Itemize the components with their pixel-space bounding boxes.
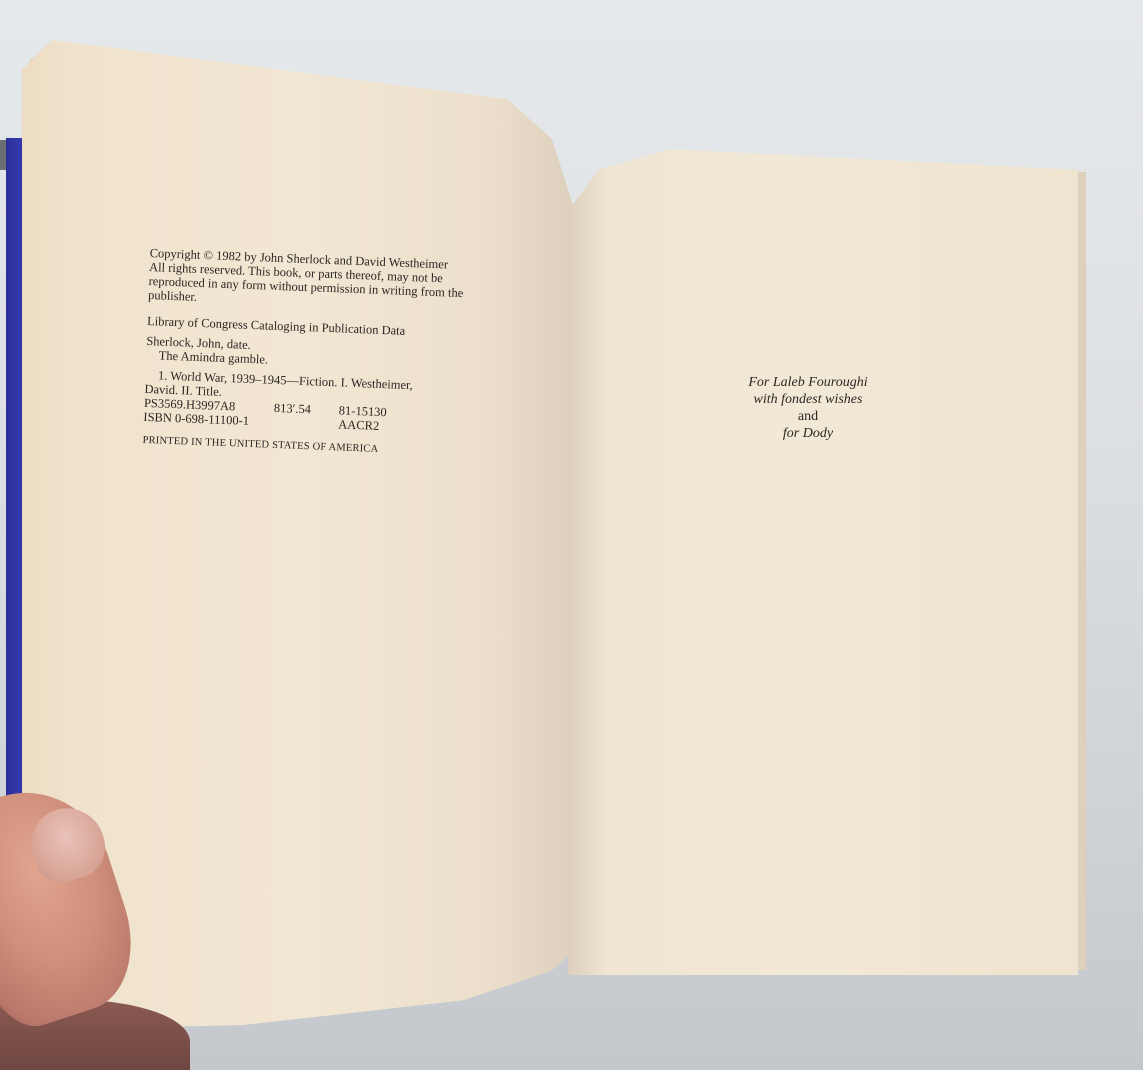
dedication-line: For Laleb Fouroughi: [718, 374, 898, 391]
dedication-line: for Dody: [718, 425, 898, 442]
photo-scene: Copyright © 1982 by John Sherlock and Da…: [0, 0, 1143, 1070]
dedication-line: and: [718, 408, 898, 425]
dedication-page: [568, 145, 1078, 975]
dedication-line: with fondest wishes: [718, 391, 898, 408]
copyright-text-block: Copyright © 1982 by John Sherlock and Da…: [142, 246, 519, 462]
cataloging-rules: AACR2: [338, 417, 379, 433]
dedication-text: For Laleb Fouroughi with fondest wishes …: [718, 374, 898, 442]
